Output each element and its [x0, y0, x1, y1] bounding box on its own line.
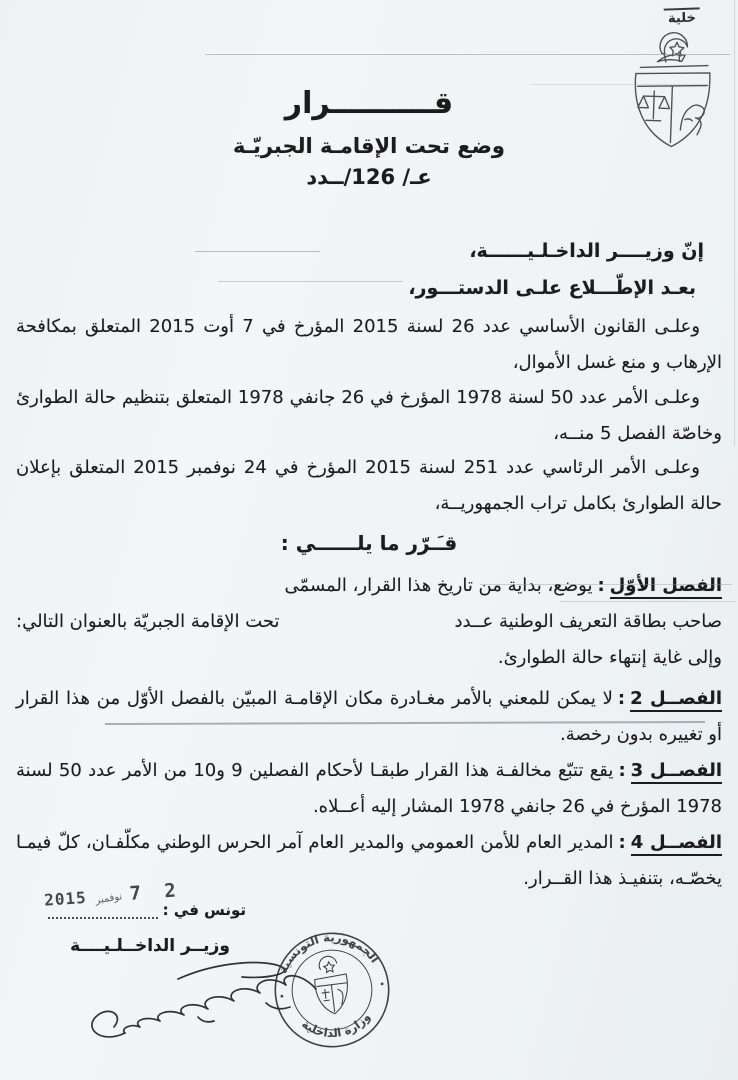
article-4-label: الفصــل 4: [631, 832, 722, 856]
preamble-law-2015: وعلـى القانون الأساسي عدد 26 لسنة 2015 ا…: [16, 309, 722, 381]
scan-artifact-line: [530, 84, 710, 85]
article-1-line: الفصل الأوّل:يوضع، بداية من تاريخ هذا ال…: [16, 568, 722, 604]
minister-title: وزيــر الداخــلـيــــة: [50, 936, 250, 956]
article-2-colon: :: [618, 688, 625, 709]
article-1-colon: :: [597, 575, 604, 596]
intro-block: إنّ وزيــــر الداخـلـيــــــة، بعـد الإط…: [20, 233, 704, 307]
article-2: الفصــل 2:لا يمكن للمعني بالأمر مغـادرة …: [16, 681, 722, 753]
scan-artifact-line: [218, 281, 403, 282]
scan-artifact-line: [560, 601, 736, 602]
decree-subtitle: وضع تحت الإقامـة الجبريّـة: [0, 134, 738, 158]
article-2-label: الفصــل 2: [630, 688, 722, 712]
dotted-fill-line: [48, 904, 158, 919]
seal-center-emblem: [312, 954, 351, 1015]
article-3: الفصــل 3:يقع تتبّع مخالفـة هذا القرار ط…: [16, 753, 722, 825]
decree-header: قــــــــــرار وضع تحت الإقامـة الجبريّـ…: [0, 86, 738, 189]
article-2-text: لا يمكن للمعني بالأمر مغـادرة مكان الإقا…: [16, 688, 722, 745]
ministry-seal-stamp: الجمهورية التونسية وزارة الداخلية: [263, 921, 401, 1059]
crescent-icon: [660, 32, 688, 55]
article-1-id-line: صاحب بطاقة التعريف الوطنية عــدد تحت الإ…: [16, 604, 722, 640]
scan-artifact-line: [480, 584, 732, 585]
preamble-decree-1978: وعلـى الأمر عدد 50 لسنة 1978 المؤرخ في 2…: [16, 380, 722, 452]
preamble-decree-251: وعلـى الأمر الرئاسي عدد 251 لسنة 2015 ال…: [16, 450, 722, 522]
place-label: تونس في :: [163, 901, 246, 919]
article-3-colon: :: [618, 760, 625, 781]
article-3-label: الفصــل 3: [631, 760, 722, 784]
svg-text:وزارة الداخلية: وزارة الداخلية: [298, 1009, 376, 1044]
scanned-decree-page: خلية قــــــــــرار وضع تحت الإقامـة الج…: [0, 0, 738, 1080]
scan-artifact-line: [205, 54, 730, 55]
tunis-date-line: تونس في :: [48, 901, 246, 919]
article-4-colon: :: [618, 832, 625, 853]
id-line-left: تحت الإقامة الجبريّة بالعنوان التالي:: [16, 604, 280, 640]
article-1-body: يوضع، بداية من تاريخ هذا القرار، المسمّى: [285, 575, 593, 596]
article-4-text: المدير العام للأمن العمومي والمدير العام…: [16, 832, 722, 889]
article-1-label: الفصل الأوّل: [610, 575, 722, 599]
decree-number: عـ/ 126/ــدد: [0, 165, 738, 189]
scan-artifact-line: [195, 251, 320, 252]
scan-artifact-edge: [734, 0, 735, 445]
corner-note: خلية: [664, 7, 700, 26]
decision-heading: قـَـرّر ما يلــــــي :: [0, 531, 738, 555]
article-3-text: يقع تتبّع مخالفـة هذا القرار طبقـا لأحكا…: [16, 760, 722, 817]
article-1-duration-line: وإلى غاية إنتهاء حالة الطوارئ.: [16, 640, 722, 676]
intro-line-minister: إنّ وزيــــر الداخـلـيــــــة،: [20, 233, 704, 270]
intro-line-constitution: بعـد الإطّـــلاع علـى الدستـــور،: [20, 270, 704, 307]
decree-title: قــــــــــرار: [0, 86, 738, 121]
id-line-right: صاحب بطاقة التعريف الوطنية عــدد: [454, 604, 722, 640]
seal-bottom-text: وزارة الداخلية: [298, 1009, 376, 1044]
